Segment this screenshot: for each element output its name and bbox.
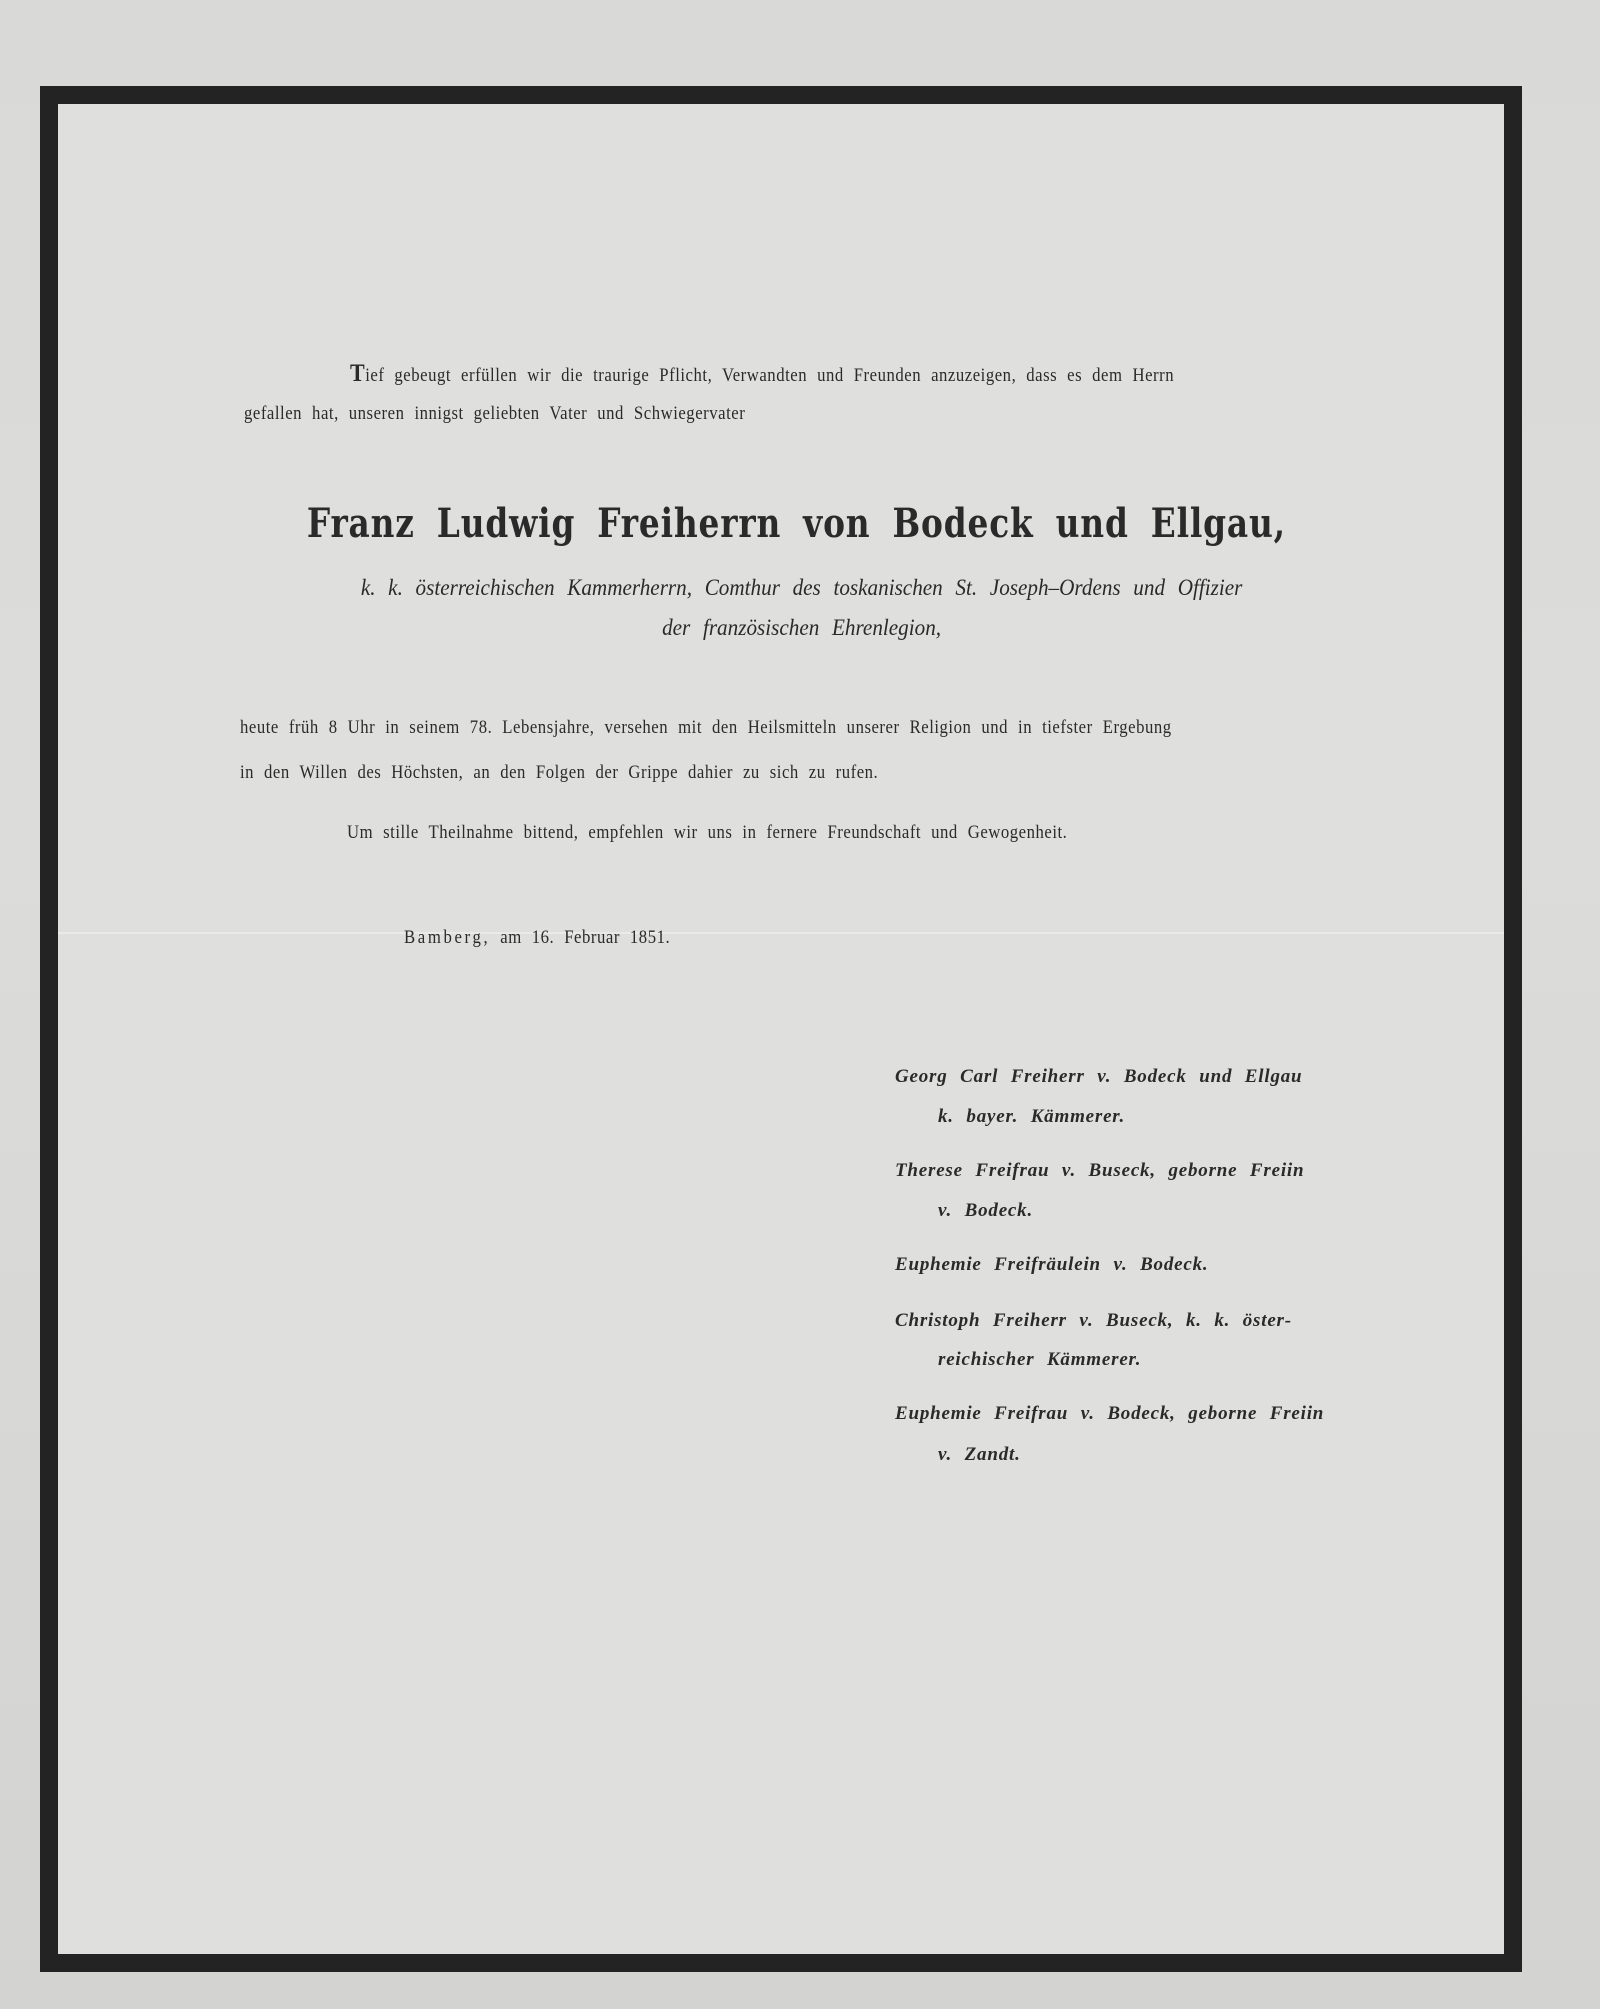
closing-line: Um stille Theilnahme bittend, empfehlen … — [347, 822, 1067, 844]
intro-line-1: Tief gebeugt erfüllen wir die traurige P… — [350, 360, 1174, 388]
signatory-5-line-1: Euphemie Freifrau v. Bodeck, geborne Fre… — [895, 1403, 1324, 1425]
intro-line-1-text: ief gebeugt erfüllen wir die traurige Pf… — [365, 365, 1174, 386]
signatory-2-line-1: Therese Freifrau v. Buseck, geborne Frei… — [895, 1160, 1304, 1182]
honors-line-2: der französischen Ehrenlegion, — [66, 615, 1538, 641]
signatory-1-line-1: Georg Carl Freiherr v. Bodeck und Ellgau — [895, 1066, 1302, 1088]
signatory-1-line-2: k. bayer. Kämmerer. — [938, 1106, 1125, 1128]
paper-fold-line — [58, 932, 1504, 934]
signatory-4-line-1: Christoph Freiherr v. Buseck, k. k. öste… — [895, 1310, 1292, 1332]
intro-line-2: gefallen hat, unseren innigst geliebten … — [244, 403, 745, 425]
deceased-name: Franz Ludwig Freiherrn von Bodeck und El… — [140, 500, 1452, 547]
signatory-5-line-2: v. Zandt. — [938, 1444, 1021, 1466]
body-line-2: in den Willen des Höchsten, an den Folge… — [240, 762, 878, 784]
signatory-3-line-1: Euphemie Freifräulein v. Bodeck. — [895, 1254, 1208, 1276]
honors-line-1: k. k. österreichischen Kammerherrn, Comt… — [66, 575, 1538, 601]
place-date: Bamberg, am 16. Februar 1851. — [404, 927, 670, 949]
signatory-4-line-2: reichischer Kämmerer. — [938, 1349, 1141, 1371]
body-line-1: heute früh 8 Uhr in seinem 78. Lebensjah… — [240, 717, 1172, 739]
signatory-2-line-2: v. Bodeck. — [938, 1200, 1033, 1222]
drop-cap: T — [350, 360, 365, 387]
place: Bamberg, — [404, 927, 490, 948]
date: am 16. Februar 1851. — [500, 927, 670, 948]
